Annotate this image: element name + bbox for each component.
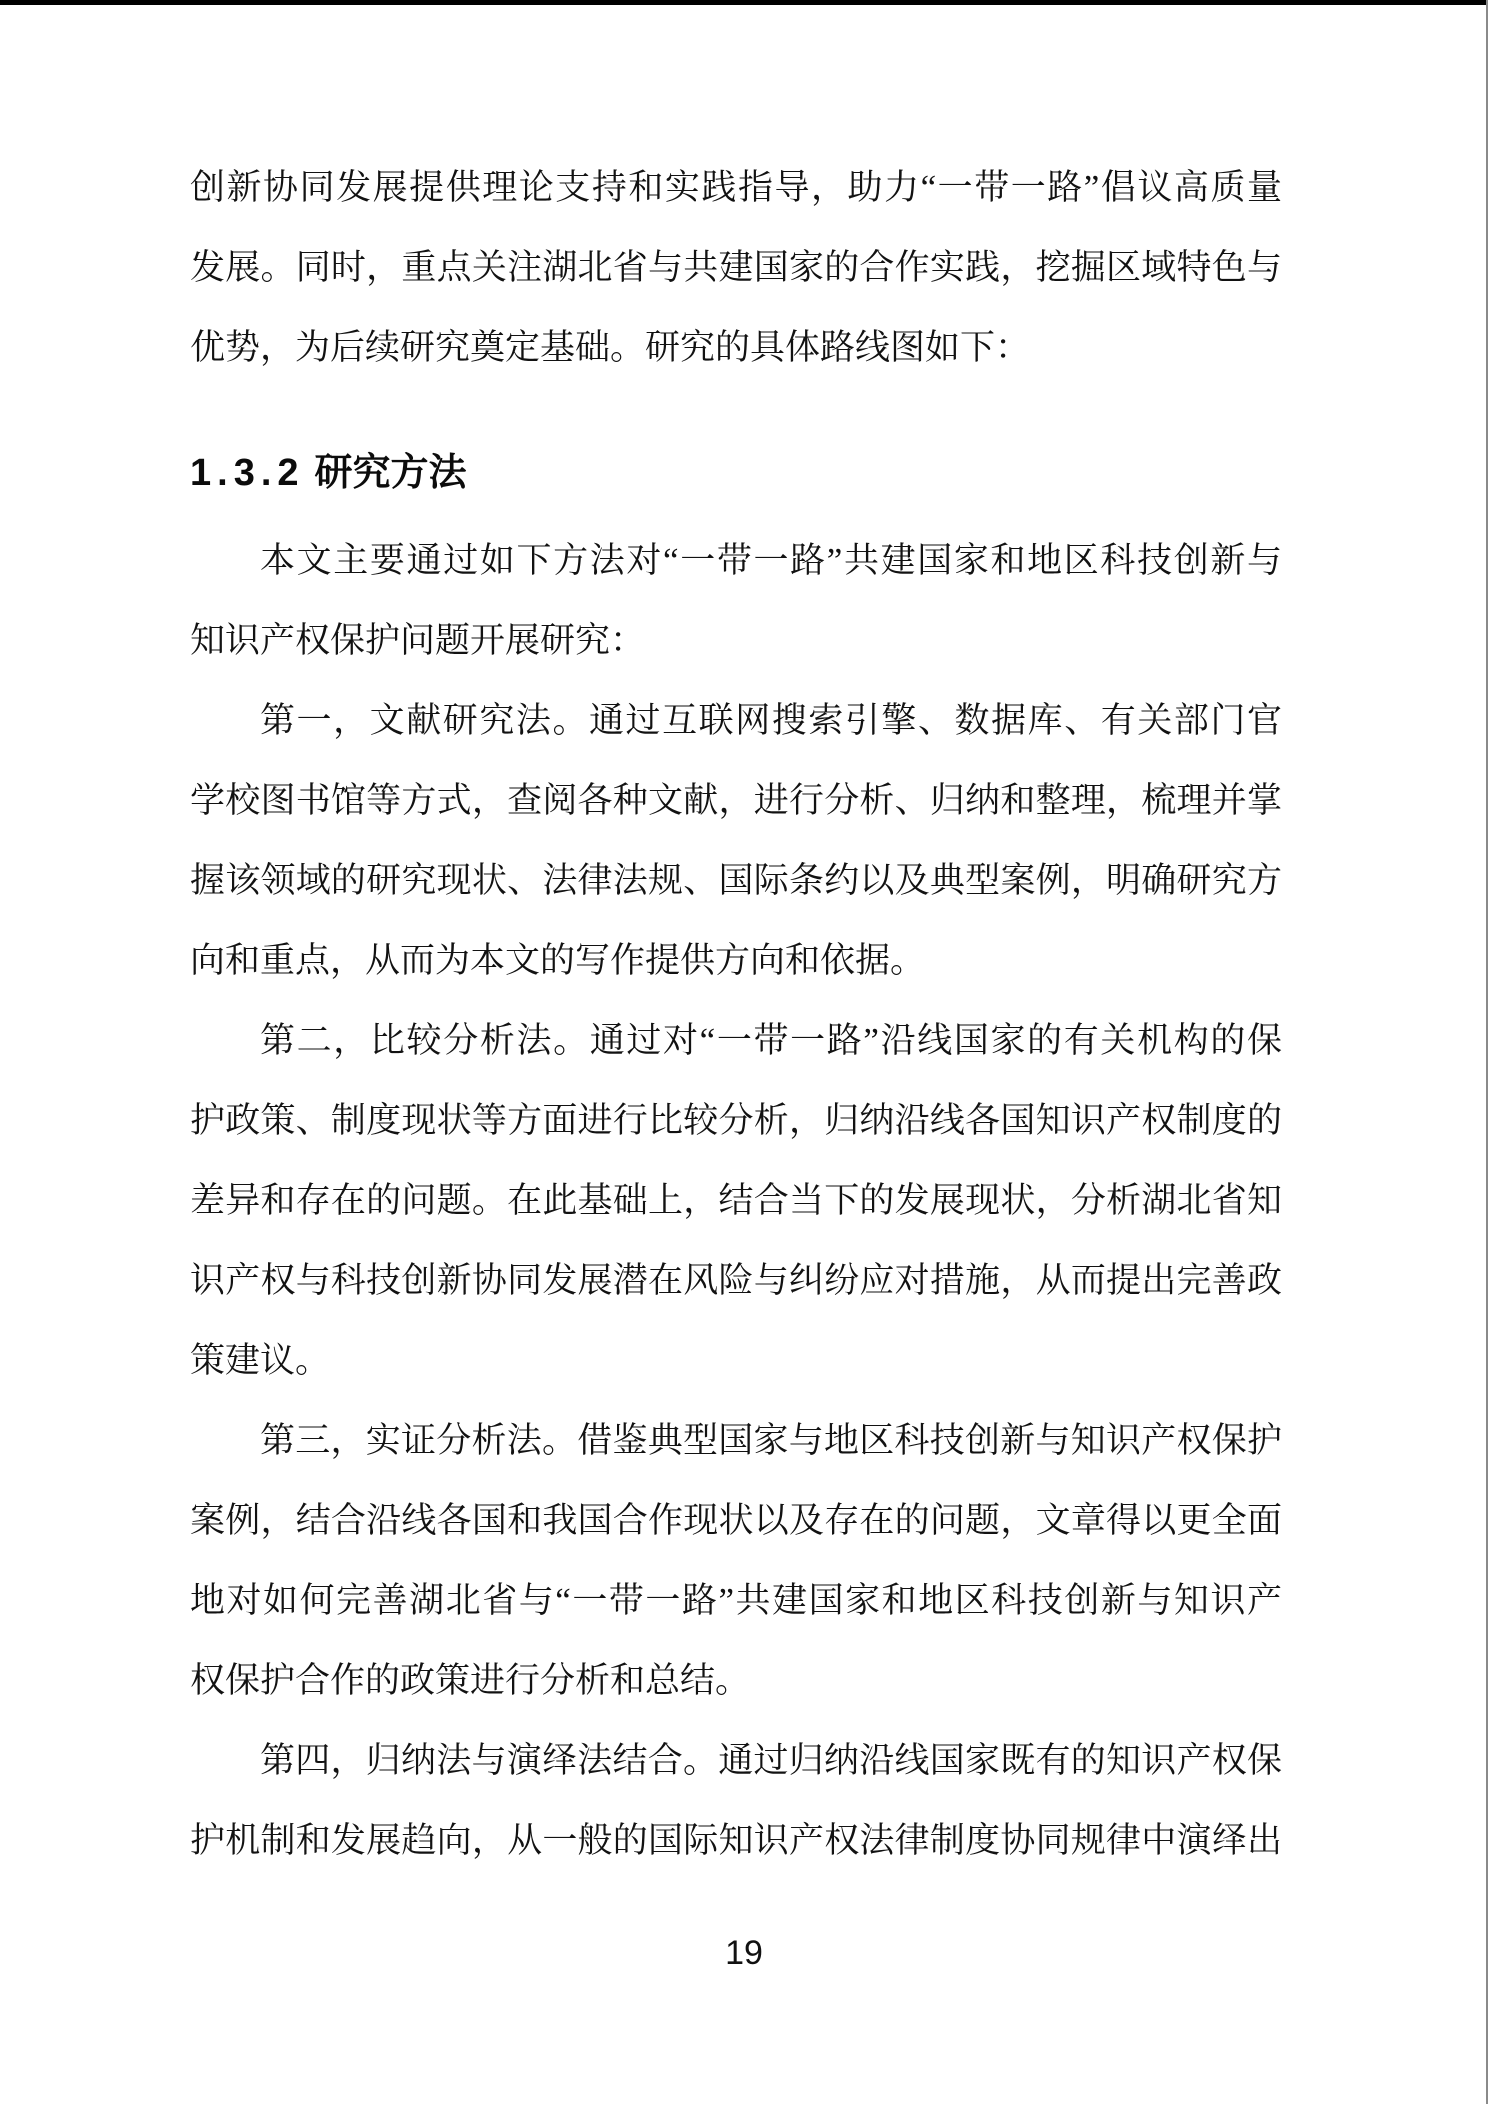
text-line: 策建议。 <box>190 1321 1282 1401</box>
text-line: 学校图书馆等方式，查阅各种文献，进行分析、归纳和整理，梳理并掌 <box>190 761 1282 841</box>
text-line: 握该领域的研究现状、法律法规、国际条约以及典型案例，明确研究方 <box>190 841 1282 921</box>
paragraph: 第一，文献研究法。通过互联网搜索引擎、数据库、有关部门官网、学校图书馆等方式，查… <box>190 681 1282 1001</box>
top-edge-bar <box>0 0 1488 5</box>
page-number: 19 <box>0 1933 1488 1973</box>
heading-title: 研究方法 <box>315 452 467 494</box>
text-line: 创新协同发展提供理论支持和实践指导，助力“一带一路”倡议高质量 <box>190 148 1282 228</box>
text-line: 地对如何完善湖北省与“一带一路”共建国家和地区科技创新与知识产 <box>190 1561 1282 1641</box>
text-line: 知识产权保护问题开展研究： <box>190 601 1282 681</box>
text-line: 优势，为后续研究奠定基础。研究的具体路线图如下： <box>190 308 1282 388</box>
text-line: 护机制和发展趋向，从一般的国际知识产权法律制度协同规律中演绎出 <box>190 1801 1282 1881</box>
text-line: 护政策、制度现状等方面进行比较分析，归纳沿线各国知识产权制度的 <box>190 1081 1282 1161</box>
paragraph: 第二，比较分析法。通过对“一带一路”沿线国家的有关机构的保护政策、制度现状等方面… <box>190 1001 1282 1401</box>
heading-number: 1.3.2 <box>190 452 305 494</box>
text-line: 权保护合作的政策进行分析和总结。 <box>190 1641 1282 1721</box>
text-line: 向和重点，从而为本文的写作提供方向和依据。 <box>190 921 1282 1001</box>
page-content: 创新协同发展提供理论支持和实践指导，助力“一带一路”倡议高质量发展。同时，重点关… <box>190 148 1282 1881</box>
text-line: 第三，实证分析法。借鉴典型国家与地区科技创新与知识产权保护 <box>190 1401 1282 1481</box>
document-page: 创新协同发展提供理论支持和实践指导，助力“一带一路”倡议高质量发展。同时，重点关… <box>0 0 1488 2104</box>
text-line: 发展。同时，重点关注湖北省与共建国家的合作实践，挖掘区域特色与 <box>190 228 1282 308</box>
text-line: 第四，归纳法与演绎法结合。通过归纳沿线国家既有的知识产权保 <box>190 1721 1282 1801</box>
section-heading: 1.3.2研究方法 <box>190 433 1282 513</box>
text-line: 本文主要通过如下方法对“一带一路”共建国家和地区科技创新与 <box>190 521 1282 601</box>
text-line: 识产权与科技创新协同发展潜在风险与纠纷应对措施，从而提出完善政 <box>190 1241 1282 1321</box>
paragraph: 创新协同发展提供理论支持和实践指导，助力“一带一路”倡议高质量发展。同时，重点关… <box>190 148 1282 388</box>
text-line: 差异和存在的问题。在此基础上，结合当下的发展现状，分析湖北省知 <box>190 1161 1282 1241</box>
text-line: 案例，结合沿线各国和我国合作现状以及存在的问题，文章得以更全面 <box>190 1481 1282 1561</box>
paragraph: 第三，实证分析法。借鉴典型国家与地区科技创新与知识产权保护案例，结合沿线各国和我… <box>190 1401 1282 1721</box>
paragraph: 第四，归纳法与演绎法结合。通过归纳沿线国家既有的知识产权保护机制和发展趋向，从一… <box>190 1721 1282 1881</box>
paragraph: 本文主要通过如下方法对“一带一路”共建国家和地区科技创新与知识产权保护问题开展研… <box>190 521 1282 681</box>
text-line: 第二，比较分析法。通过对“一带一路”沿线国家的有关机构的保 <box>190 1001 1282 1081</box>
text-line: 第一，文献研究法。通过互联网搜索引擎、数据库、有关部门官网、 <box>190 681 1282 761</box>
